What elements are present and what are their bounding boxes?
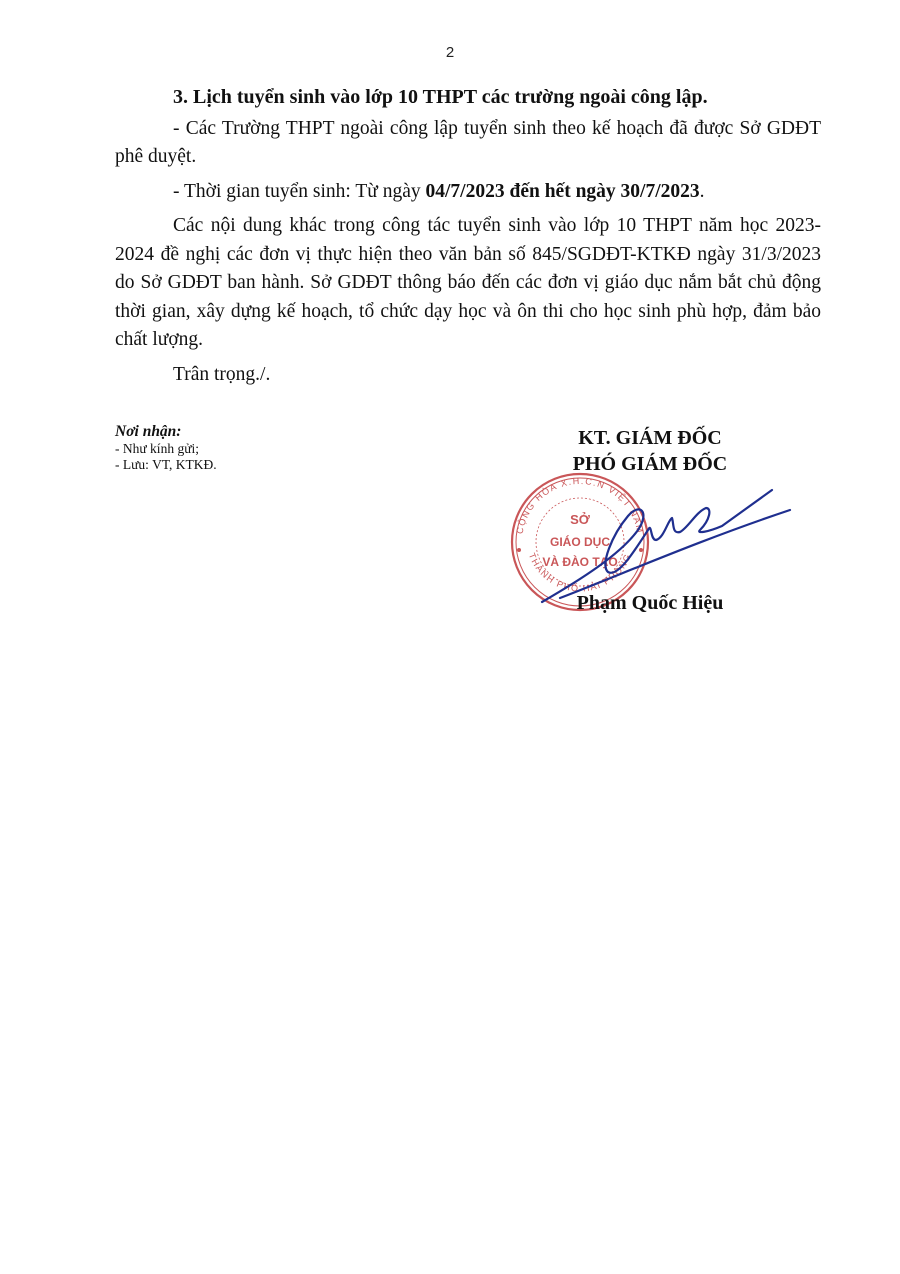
section-item-admission-period: - Thời gian tuyển sinh: Từ ngày 04/7/202… bbox=[115, 178, 821, 207]
closing-paragraph: Các nội dung khác trong công tác tuyển s… bbox=[115, 212, 821, 355]
handwritten-signature-icon bbox=[542, 490, 790, 602]
admission-period-prefix: - Thời gian tuyển sinh: Từ ngày bbox=[173, 181, 426, 202]
recipient-item: - Như kính gửi; bbox=[115, 441, 375, 457]
stamp-center-line: SỞ bbox=[570, 512, 591, 527]
svg-text:CỘNG HÒA X.H.C.N VIỆT NAM: CỘNG HÒA X.H.C.N VIỆT NAM bbox=[515, 476, 646, 535]
recipient-item: - Lưu: VT, KTKĐ. bbox=[115, 457, 375, 473]
stamp-ring-top-text: CỘNG HÒA X.H.C.N VIỆT NAM bbox=[515, 476, 646, 535]
stamp-ring-bottom-text: THÀNH PHỐ HẢI PHÒNG bbox=[527, 551, 633, 593]
recipients-block: Nơi nhận: - Như kính gửi; - Lưu: VT, KTK… bbox=[115, 423, 375, 473]
official-stamp-icon: CỘNG HÒA X.H.C.N VIỆT NAM THÀNH PHỐ HẢI … bbox=[512, 474, 648, 610]
svg-text:THÀNH PHỐ HẢI PHÒNG: THÀNH PHỐ HẢI PHÒNG bbox=[527, 551, 633, 593]
stamp-center-line: VÀ ĐÀO TẠO bbox=[542, 554, 617, 569]
section-heading: 3. Lịch tuyển sinh vào lớp 10 THPT các t… bbox=[115, 83, 821, 112]
page-number: 2 bbox=[0, 44, 900, 61]
section-item-approval: - Các Trường THPT ngoài công lập tuyển s… bbox=[115, 115, 821, 172]
signature-title-line1: KT. GIÁM ĐỐC bbox=[520, 425, 780, 451]
stamp-center-line: GIÁO DỤC bbox=[550, 534, 610, 549]
admission-period-dates: 04/7/2023 đến hết ngày 30/7/2023 bbox=[426, 181, 700, 202]
document-body: 3. Lịch tuyển sinh vào lớp 10 THPT các t… bbox=[115, 83, 821, 395]
signature-block: KT. GIÁM ĐỐC PHÓ GIÁM ĐỐC bbox=[520, 425, 780, 477]
signer-name: Phạm Quốc Hiệu bbox=[540, 592, 760, 615]
recipients-title: Nơi nhận: bbox=[115, 423, 375, 441]
admission-period-suffix: . bbox=[700, 181, 705, 202]
regards-line: Trân trọng./. bbox=[115, 361, 821, 390]
signature-title-line2: PHÓ GIÁM ĐỐC bbox=[520, 451, 780, 477]
